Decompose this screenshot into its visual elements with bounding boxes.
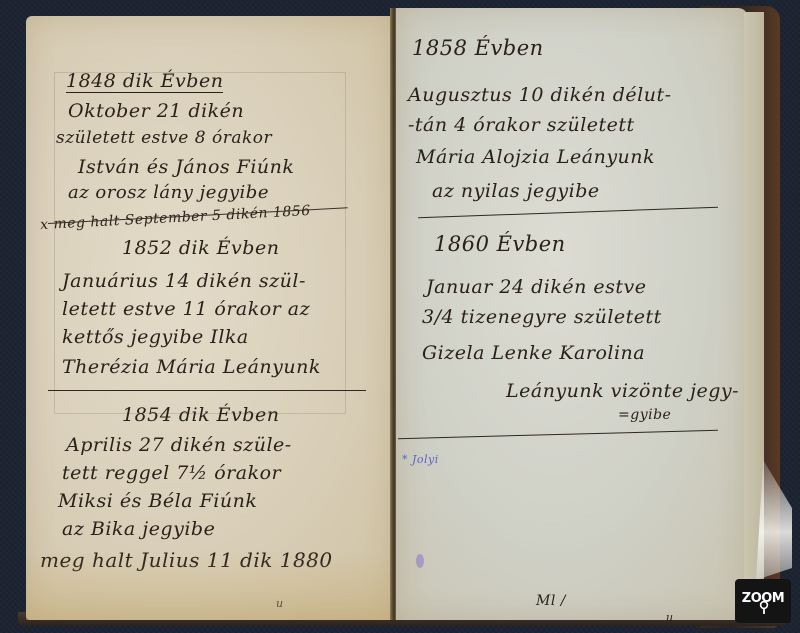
purple-ink-spot <box>416 554 424 568</box>
entry-1854-heading: 1854 dik Évben <box>122 406 279 425</box>
entry-1858-line-4: az nyilas jegyibe <box>432 182 600 201</box>
right-page-footer-mark-1: Ml / <box>536 594 566 608</box>
entry-1860-line-5: =gyibe <box>618 408 671 422</box>
right-page: 1858 Évben Augusztus 10 dikén délut- -tá… <box>396 8 748 620</box>
entry-1848-line-3: István és János Fiúnk <box>78 158 294 177</box>
magnifier-icon <box>759 601 769 615</box>
entry-1860-line-1: Januar 24 dikén estve <box>426 278 646 297</box>
left-page: 1848 dik Évben Oktober 21 dikén születet… <box>26 16 394 620</box>
entry-1852-line-2: letett estve 11 órakor az <box>62 300 310 319</box>
entry-1848-line-2: született estve 8 órakor <box>56 130 272 147</box>
right-page-footer-mark-2: u <box>666 612 674 623</box>
separator-rule <box>48 390 366 391</box>
entry-1860-line-2: 3/4 tizenegyre született <box>422 308 662 327</box>
entry-1858-line-1: Augusztus 10 dikén délut- <box>408 86 672 105</box>
entry-1848-line-1: Oktober 21 dikén <box>68 102 244 121</box>
entry-1848-heading: 1848 dik Évben <box>66 72 223 93</box>
zoom-watermark-button[interactable]: ZOOM <box>735 579 791 623</box>
open-booklet: 1848 dik Évben Oktober 21 dikén születet… <box>0 0 800 633</box>
separator-rule-1858 <box>418 207 718 218</box>
entry-1852-heading: 1852 dik Évben <box>122 239 279 258</box>
entry-1860-line-4: Leányunk vizönte jegy- <box>506 382 739 401</box>
entry-1852-line-3: kettős jegyibe Ilka <box>62 328 249 347</box>
entry-1860-heading: 1860 Évben <box>434 234 566 255</box>
entry-1858-line-2: -tán 4 órakor született <box>408 116 635 135</box>
margin-note-blue-pencil: * Jolyi <box>402 454 439 465</box>
entry-1854-line-3: Miksi és Béla Fiúnk <box>58 492 257 511</box>
entry-1854-line-1: Aprilis 27 dikén szüle- <box>66 436 292 455</box>
separator-rule-1860 <box>398 430 718 439</box>
entry-1852-line-4: Theréziа Mária Leányunk <box>62 358 321 377</box>
entry-1860-line-3: Gizela Lenke Karolina <box>422 344 645 363</box>
entry-1848-line-4: az orosz lány jegyibe <box>68 184 269 202</box>
entry-1858-line-3: Mária Alojzia Leányunk <box>416 148 655 167</box>
entry-1854-line-2: tett reggel 7½ órakor <box>62 464 281 483</box>
left-page-footer-mark: u <box>276 598 284 609</box>
entry-1852-line-1: Januárius 14 dikén szül- <box>62 272 306 291</box>
entry-1854-line-4: az Bika jegyibe <box>62 520 215 539</box>
entry-1858-heading: 1858 Évben <box>412 38 544 59</box>
entry-1854-death-note: meg halt Julius 11 dik 1880 <box>40 550 333 570</box>
